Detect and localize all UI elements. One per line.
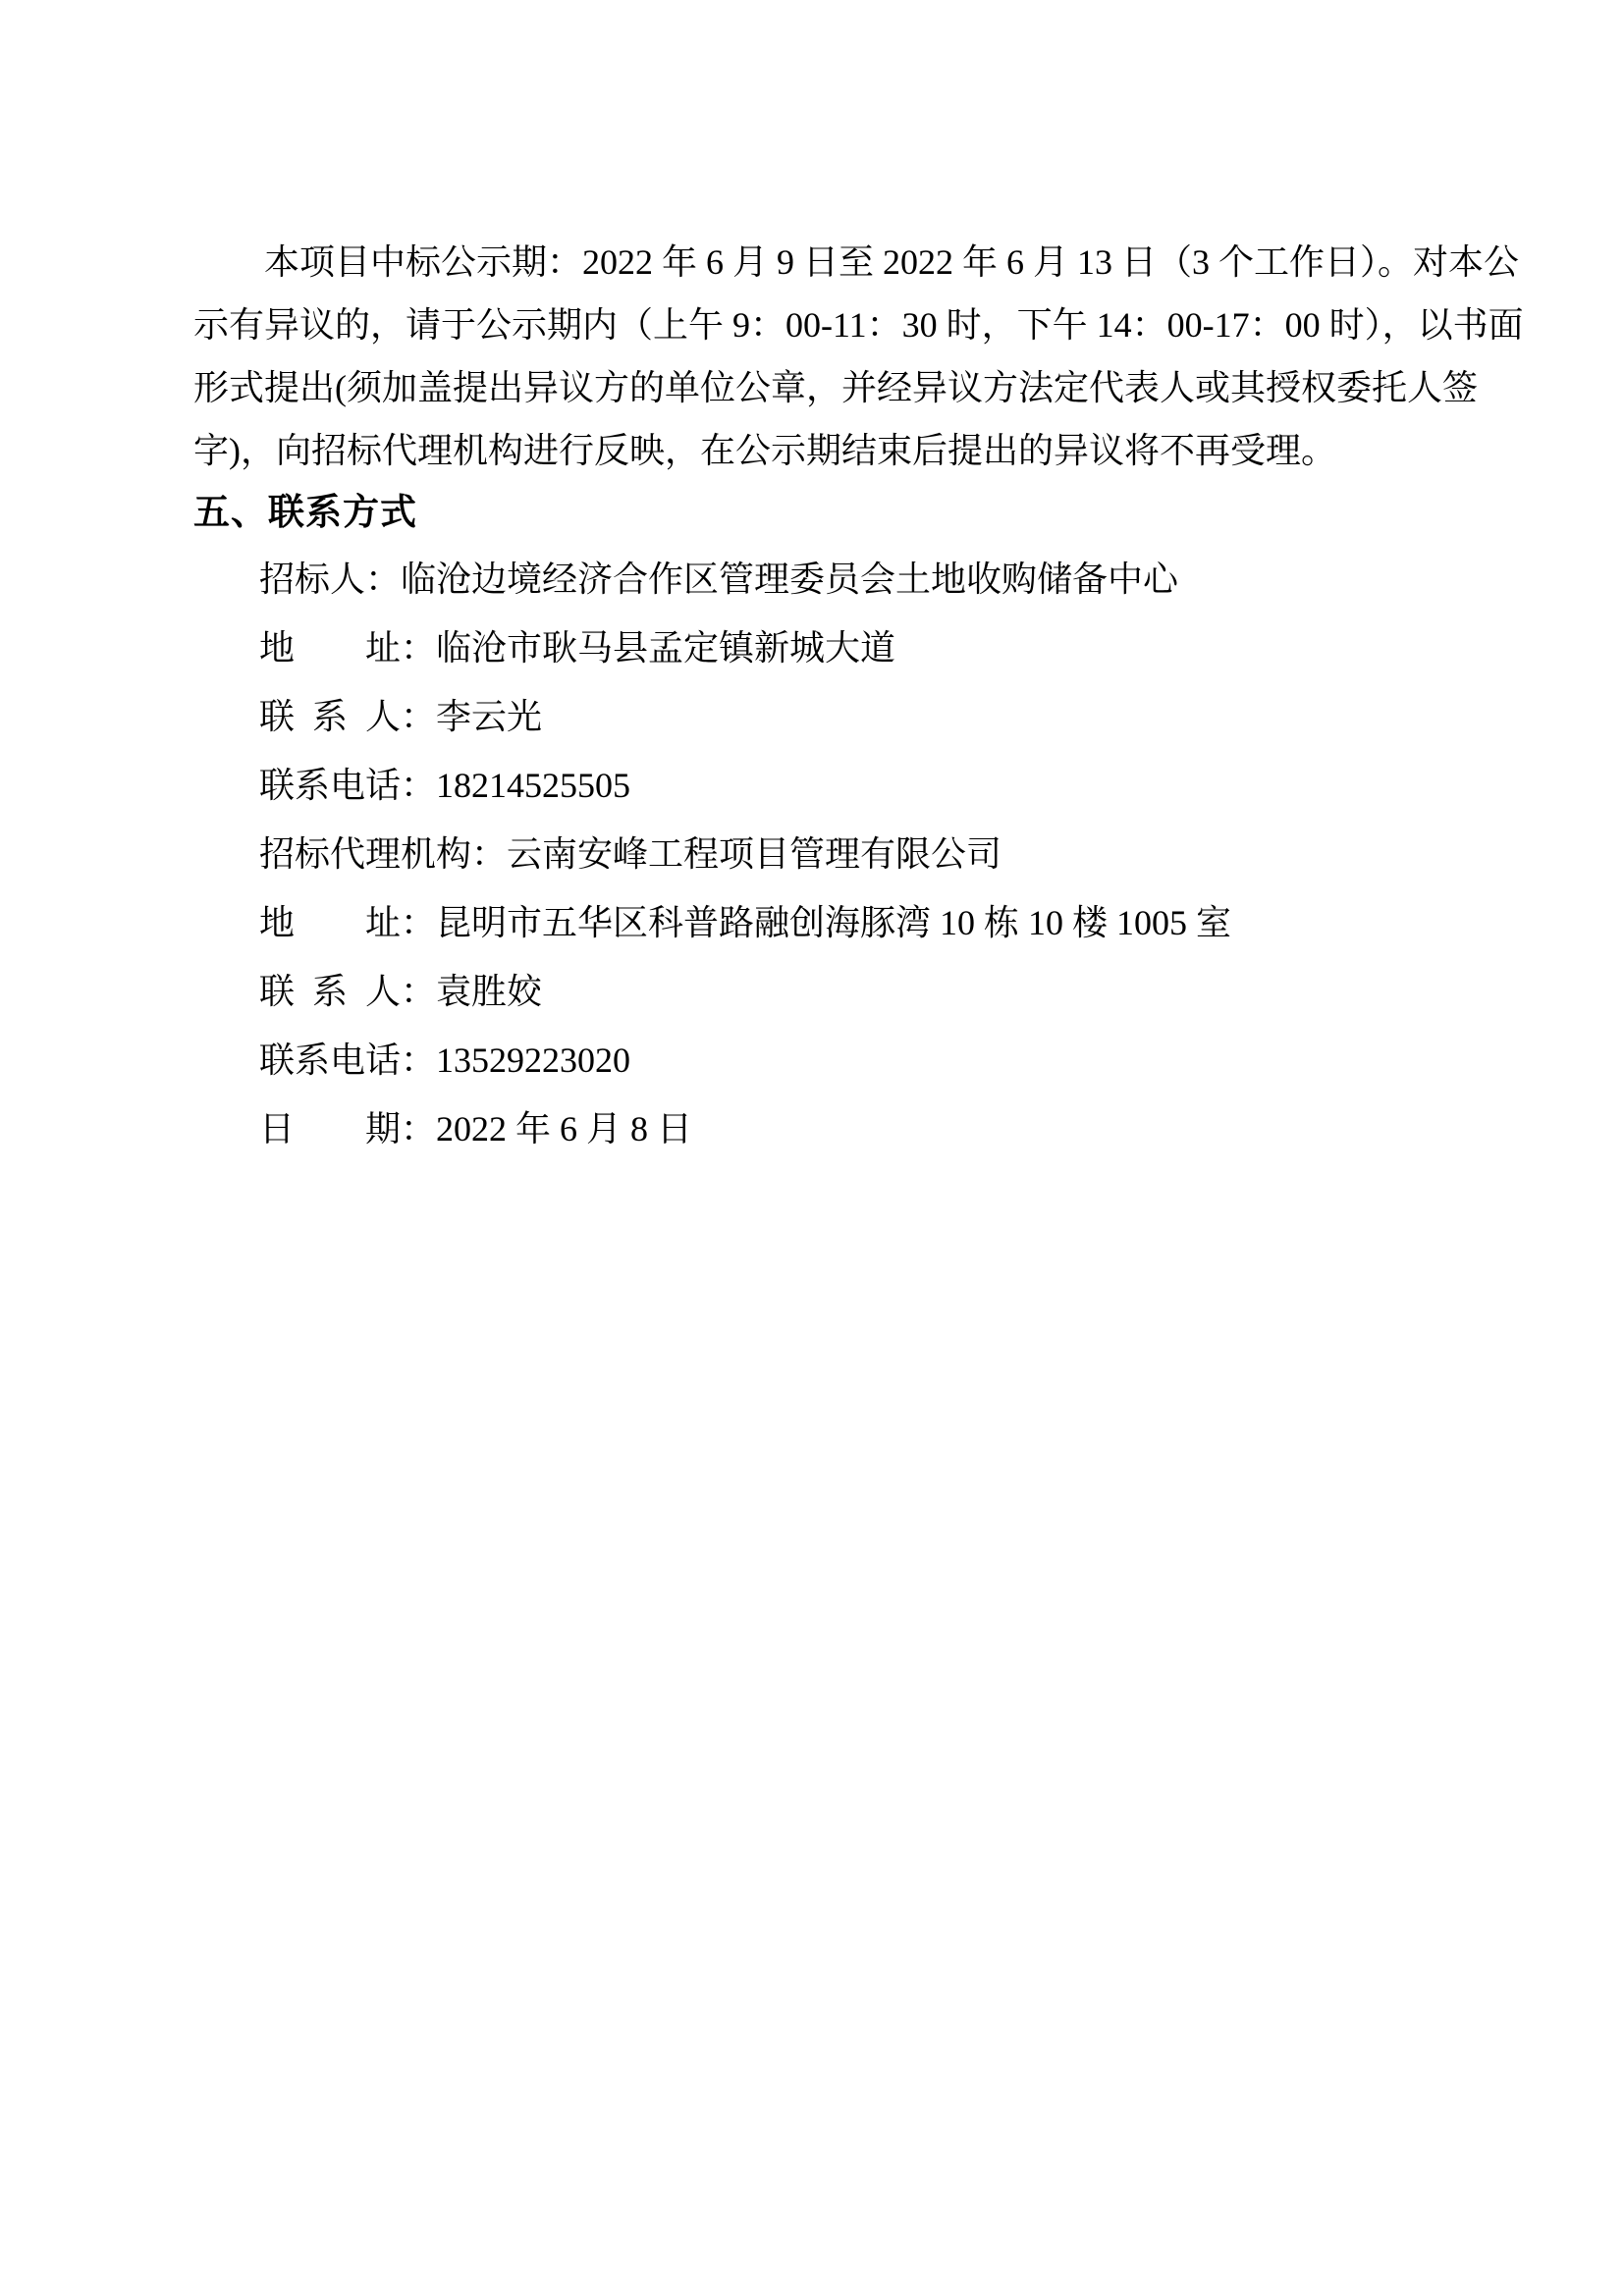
contact-line-tenderer-address: 地 址：临沧市耿马县孟定镇新城大道 [193,614,1449,682]
contact-value: 昆明市五华区科普路融创海豚湾 10 栋 10 楼 1005 室 [436,903,1231,942]
contact-line-date: 日 期：2022 年 6 月 8 日 [193,1095,1449,1163]
contact-line-agency-person: 联 系 人：袁胜姣 [193,957,1449,1026]
contact-value: 李云光 [436,697,542,736]
paragraph-line: 示有异议的，请于公示期内（上午 9：00-11：30 时，下午 14：00-17… [193,294,1449,356]
contact-line-agency-phone: 联系电话：13529223020 [193,1026,1449,1095]
contact-value: 2022 年 6 月 8 日 [436,1109,692,1148]
contact-value: 13529223020 [436,1041,630,1080]
section-heading-contact: 五、联系方式 [193,482,1449,545]
contact-label: 联 系 人： [259,697,436,736]
contact-label: 联系电话： [259,1041,436,1080]
contact-label: 地 址： [259,628,436,667]
contact-label: 联 系 人： [259,972,436,1011]
contact-value: 18214525505 [436,766,630,805]
document-content: 本项目中标公示期：2022 年 6 月 9 日至 2022 年 6 月 13 日… [193,231,1449,1163]
contact-label: 招标人： [259,560,401,599]
contact-value: 云南安峰工程项目管理有限公司 [507,834,1001,874]
paragraph-line: 字)，向招标代理机构进行反映，在公示期结束后提出的异议将不再受理。 [193,419,1449,482]
contact-value: 袁胜姣 [436,972,542,1011]
document-page: 本项目中标公示期：2022 年 6 月 9 日至 2022 年 6 月 13 日… [0,0,1624,2296]
contact-value: 临沧市耿马县孟定镇新城大道 [436,628,895,667]
contact-label: 日 期： [259,1109,436,1148]
paragraph-line: 本项目中标公示期：2022 年 6 月 9 日至 2022 年 6 月 13 日… [193,231,1449,294]
contact-line-agency: 招标代理机构：云南安峰工程项目管理有限公司 [193,820,1449,888]
contact-line-tenderer-phone: 联系电话：18214525505 [193,751,1449,820]
contact-label: 地 址： [259,903,436,942]
intro-paragraph: 本项目中标公示期：2022 年 6 月 9 日至 2022 年 6 月 13 日… [193,231,1449,482]
contact-line-agency-address: 地 址：昆明市五华区科普路融创海豚湾 10 栋 10 楼 1005 室 [193,888,1449,957]
contact-list: 招标人：临沧边境经济合作区管理委员会土地收购储备中心 地 址：临沧市耿马县孟定镇… [193,545,1449,1163]
contact-line-tenderer-person: 联 系 人：李云光 [193,682,1449,751]
contact-value: 临沧边境经济合作区管理委员会土地收购储备中心 [401,560,1178,599]
contact-label: 联系电话： [259,766,436,805]
paragraph-line: 形式提出(须加盖提出异议方的单位公章，并经异议方法定代表人或其授权委托人签 [193,356,1449,419]
contact-label: 招标代理机构： [259,834,507,874]
contact-line-tenderer: 招标人：临沧边境经济合作区管理委员会土地收购储备中心 [193,545,1449,614]
